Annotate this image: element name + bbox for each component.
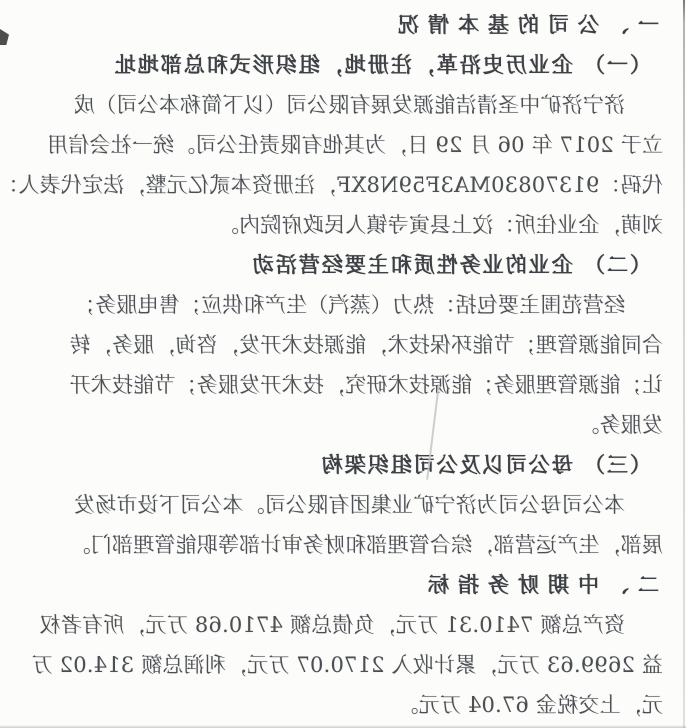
paragraph-business-scope-line: 让；能源管理服务；能源技术研究，技术开发服务；节能技术开 <box>60 365 663 405</box>
heading-interim-financials: 二、中期财务指标 <box>60 565 659 605</box>
paragraph-business-scope-line: 合同能源管理；节能环保技术，能源技术开发，咨询，服务，转 <box>60 325 663 365</box>
paragraph-company-intro-line: 代码：91370830MA3F59N8XF，注册资本贰亿元整，法定代表人： <box>60 165 663 205</box>
paragraph-organization-line: 本公司母公司为济宁矿业集团有限公司。本公司下设市场发 <box>60 485 663 525</box>
scan-edge-shadow-line <box>683 0 685 728</box>
paragraph-financials-line: 资产总额 7410.31 万元，负债总额 4710.68 万元，所有者权 <box>60 605 663 645</box>
paragraph-financials-line: 益 2699.63 万元，累计收入 2170.07 万元，利润总额 314.02… <box>60 645 663 685</box>
heading-parent-organization: （三） 母公司以及公司组织架构 <box>60 445 651 485</box>
paragraph-company-intro-line: 刘萌，企业住所：汶上县寅寺镇人民政府院内。 <box>60 205 663 245</box>
heading-history-registration: （一） 企业历史沿革，注册地，组织形式和总部地址 <box>60 45 651 85</box>
paragraph-financials-line: 元，上交税金 67.04 万元。 <box>60 685 663 725</box>
paragraph-organization-line: 展部，生产运营部，综合管理部和财务审计部等职能管理部门。 <box>60 525 663 565</box>
heading-business-nature: （二） 企业的业务性质和主要经营活动 <box>60 245 651 285</box>
paragraph-company-intro-line: 济宁济矿中圣清洁能源发展有限公司（以下简称本公司）成 <box>60 85 663 125</box>
paragraph-company-intro-line: 立于 2017 年 06 月 29 日，为其他有限责任公司。统一社会信用 <box>60 125 663 165</box>
mirrored-page-content: 一、公司的基本情况 （一） 企业历史沿革，注册地，组织形式和总部地址 济宁济矿中… <box>0 0 686 728</box>
heading-company-basic-info: 一、公司的基本情况 <box>60 5 659 45</box>
paragraph-business-scope-line: 发服务。 <box>60 405 663 445</box>
scanned-document-page: 一、公司的基本情况 （一） 企业历史沿革，注册地，组织形式和总部地址 济宁济矿中… <box>0 0 686 728</box>
paragraph-business-scope-line: 经营范围主要包括：热力（蒸汽）生产和供应；售电服务； <box>60 285 663 325</box>
